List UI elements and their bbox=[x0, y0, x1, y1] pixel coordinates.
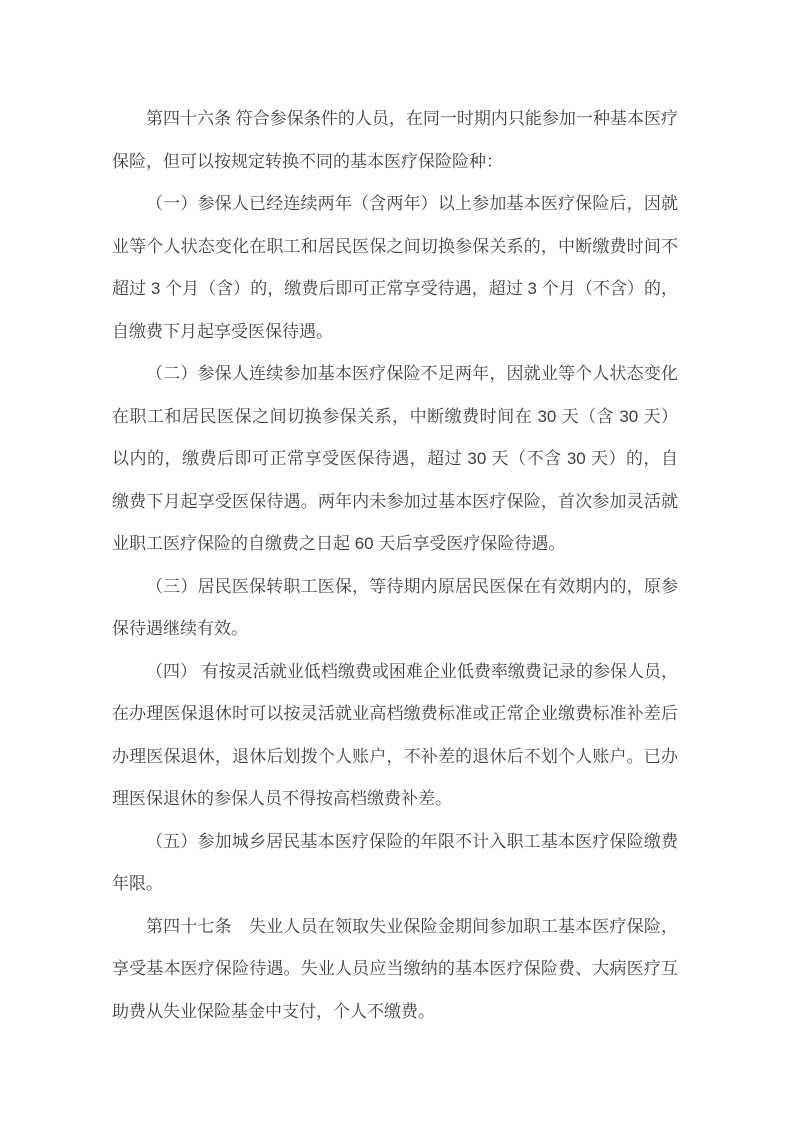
paragraph-article-46-intro: 第四十六条 符合参保条件的人员，在同一时期内只能参加一种基本医疗保险，但可以按规… bbox=[112, 98, 678, 183]
paragraph-article-46-item-1: （一）参保人已经连续两年（含两年）以上参加基本医疗保险后，因就业等个人状态变化在… bbox=[112, 183, 678, 353]
paragraph-article-46-item-4: （四） 有按灵活就业低档缴费或困难企业低费率缴费记录的参保人员，在办理医保退休时… bbox=[112, 651, 678, 821]
document-page: 第四十六条 符合参保条件的人员，在同一时期内只能参加一种基本医疗保险，但可以按规… bbox=[0, 0, 793, 1122]
paragraph-article-47: 第四十七条 失业人员在领取失业保险金期间参加职工基本医疗保险，享受基本医疗保险待… bbox=[112, 906, 678, 1034]
document-body: 第四十六条 符合参保条件的人员，在同一时期内只能参加一种基本医疗保险，但可以按规… bbox=[112, 98, 678, 1033]
paragraph-article-46-item-3: （三）居民医保转职工医保，等待期内原居民医保在有效期内的，原参保待遇继续有效。 bbox=[112, 566, 678, 651]
paragraph-article-46-item-5: （五）参加城乡居民基本医疗保险的年限不计入职工基本医疗保险缴费年限。 bbox=[112, 821, 678, 906]
paragraph-article-46-item-2: （二）参保人连续参加基本医疗保险不足两年，因就业等个人状态变化在职工和居民医保之… bbox=[112, 353, 678, 566]
